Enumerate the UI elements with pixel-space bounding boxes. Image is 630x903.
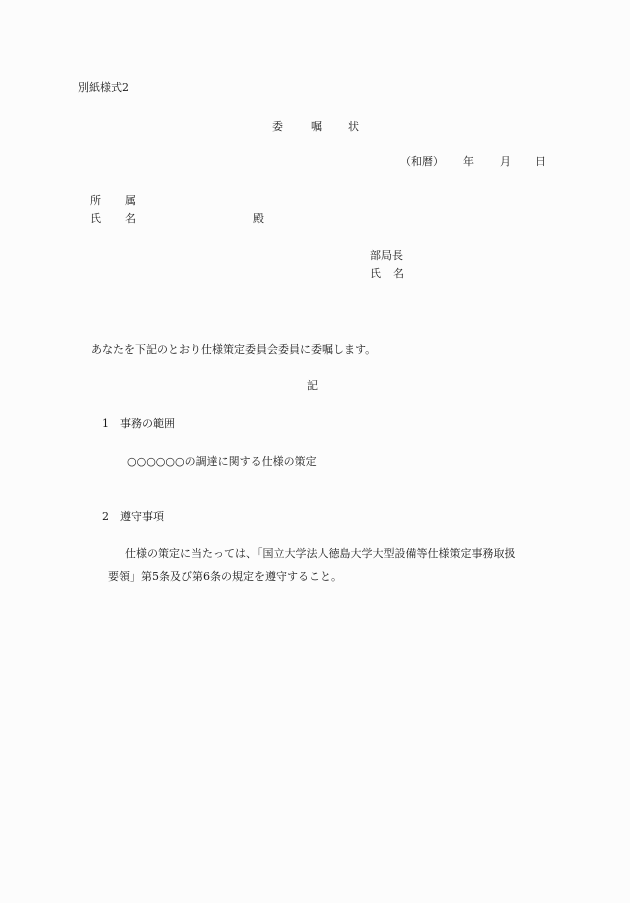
form-label: 別紙様式2 bbox=[78, 82, 129, 93]
section-title: 遵守事項 bbox=[120, 511, 164, 522]
date-era: （和暦） bbox=[400, 156, 444, 167]
ki-heading: 記 bbox=[307, 380, 318, 391]
date-year: 年 bbox=[463, 156, 474, 167]
label-char: 名 bbox=[125, 213, 136, 224]
recipient-honorific: 殿 bbox=[253, 213, 264, 224]
label-char: 属 bbox=[125, 195, 136, 206]
title-char: 状 bbox=[348, 121, 359, 132]
label-char: 氏 bbox=[90, 213, 101, 224]
section-number: 2 bbox=[102, 511, 109, 522]
date-day: 日 bbox=[535, 156, 546, 167]
title-char: 委 bbox=[272, 121, 283, 132]
issuer-title: 部局長 bbox=[370, 250, 403, 261]
date-month: 月 bbox=[500, 156, 511, 167]
section-2-content-line1: 仕様の策定に当たっては、「国立大学法人徳島大学大型設備等仕様策定事務取扱 bbox=[125, 548, 516, 559]
body-text: あなたを下記のとおり仕様策定委員会委員に委嘱します。 bbox=[91, 344, 376, 355]
label-char: 所 bbox=[90, 195, 101, 206]
section-number: 1 bbox=[102, 418, 109, 429]
section-title: 事務の範囲 bbox=[120, 418, 175, 429]
label-char: 氏 bbox=[370, 268, 381, 279]
title-char: 嘱 bbox=[311, 121, 322, 132]
section-1-content: ○○○○○○の調達に関する仕様の策定 bbox=[127, 456, 317, 467]
label-char: 名 bbox=[393, 268, 404, 279]
section-2-content-line2: 要領」第5条及び第6条の規定を遵守すること。 bbox=[108, 571, 342, 582]
